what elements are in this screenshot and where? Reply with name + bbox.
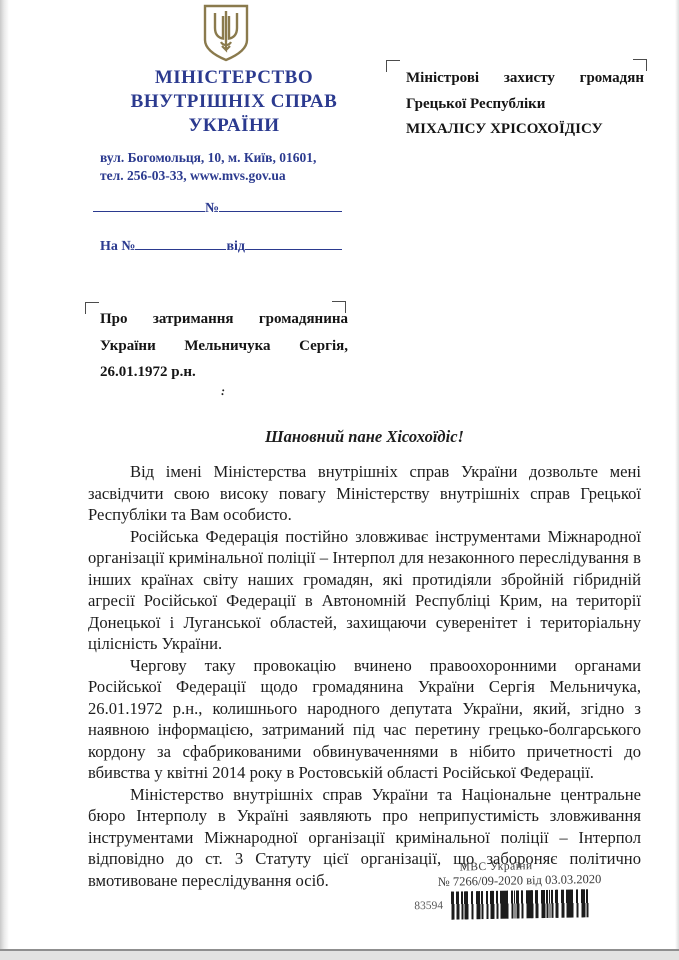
incoming-date-blank [245, 235, 342, 250]
ministry-title: МІНІСТЕРСТВО ВНУТРІШНІХ СПРАВ УКРАЇНИ [105, 66, 363, 138]
letter-body: Від імені Міністерства внутрішніх справ … [88, 461, 641, 891]
outgoing-date-blank [93, 197, 205, 212]
ministry-address: вул. Богомольця, 10, м. Київ, 01601, тел… [100, 149, 316, 184]
recipient-line3: МІХАЛІСУ ХРІСОХОЇДІСУ [406, 117, 644, 143]
registration-stamp: МВС України № 7266/09-2020 від 03.03.202… [438, 858, 649, 920]
body-paragraph-3: Чергову таку провокацію вчинено правоохо… [88, 655, 641, 784]
outgoing-number-line: № [93, 197, 342, 217]
recipient-line2: Грецької Республіки [406, 92, 644, 118]
subject-block: Про затримання громадянина України Мельн… [100, 306, 348, 386]
ink-artifact-mark: : [219, 384, 226, 400]
salutation: Шановний пане Хісохоїдіс! [88, 427, 641, 447]
recipient-line1: Міністрові захисту громадян [406, 66, 644, 92]
subject-line2: України Мельничука Сергія, [100, 333, 348, 360]
stamp-barcode-row: 83594 [438, 888, 648, 920]
recipient-corner-mark-left [386, 60, 400, 72]
body-paragraph-2: Російська Федерація постійно зловживає і… [88, 526, 641, 655]
ukraine-trident-shield-icon [202, 4, 250, 62]
stamp-code: 83594 [414, 900, 443, 912]
number-sign-label: № [205, 201, 219, 216]
stamp-number-date: № 7266/09-2020 від 03.03.2020 [438, 871, 648, 890]
recipient-block: Міністрові захисту громадян Грецької Рес… [406, 66, 644, 143]
ministry-address-phone: тел. 256-03-33, www.mvs.gov.ua [100, 167, 316, 185]
incoming-number-line: На №від [100, 235, 342, 255]
barcode-icon [451, 889, 589, 919]
subject-line3: 26.01.1972 р.н. [100, 359, 348, 386]
subject-corner-mark-left [85, 302, 99, 314]
vid-label: від [226, 239, 245, 254]
page-scan-edge-left [0, 0, 9, 960]
outgoing-number-blank [219, 197, 342, 212]
na-number-label: На № [100, 239, 135, 254]
scanned-letter-page: { "colors": { "navy": "#2b3a8f", "emblem… [0, 0, 679, 960]
ministry-title-line1: МІНІСТЕРСТВО [105, 66, 363, 90]
incoming-number-blank [135, 235, 226, 250]
subject-line1: Про затримання громадянина [100, 306, 348, 333]
ministry-title-line3: УКРАЇНИ [105, 114, 363, 138]
body-paragraph-1: Від імені Міністерства внутрішніх справ … [88, 461, 641, 526]
page-scan-edge-bottom [0, 949, 679, 960]
ministry-title-line2: ВНУТРІШНІХ СПРАВ [105, 90, 363, 114]
page-scan-edge-right [675, 0, 679, 960]
ministry-address-street: вул. Богомольця, 10, м. Київ, 01601, [100, 149, 316, 167]
